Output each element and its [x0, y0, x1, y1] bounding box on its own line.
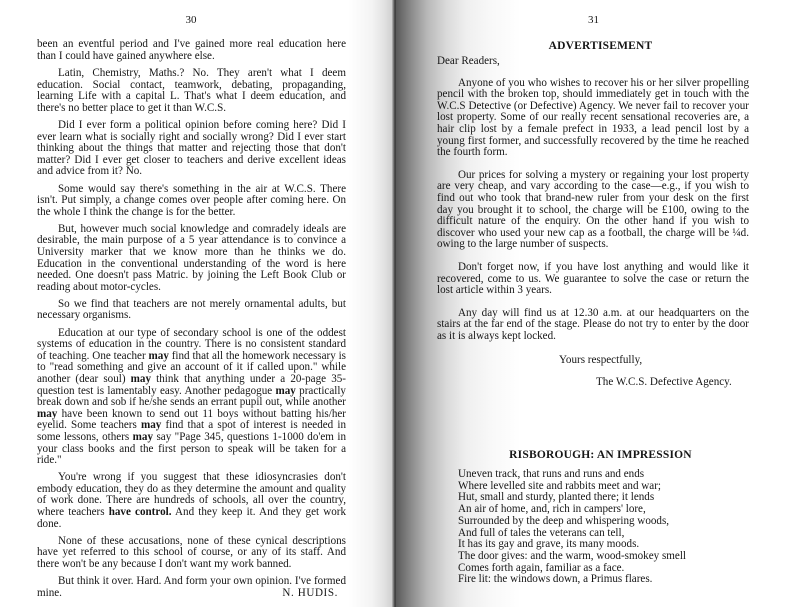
essay-paragraph: You're wrong if you suggest that these i… [37, 472, 346, 530]
essay-paragraph: Did I ever form a political opinion befo… [37, 120, 346, 178]
emphasis: may [131, 373, 151, 385]
author-signature: N. HUDIS. [261, 588, 338, 600]
signature: The W.C.S. Defective Agency. [437, 377, 749, 389]
essay-paragraph: Education at our type of secondary schoo… [37, 328, 346, 467]
ad-paragraph-1: Anyone of you who wishes to recover his … [437, 78, 749, 159]
poem-body: Uneven track, that runs and runs and end… [458, 469, 686, 586]
emphasis: have control. [109, 506, 172, 518]
left-page: 30 been an eventful period and I've gain… [0, 0, 396, 607]
advertisement-heading: ADVERTISEMENT [396, 40, 787, 52]
essay-body: been an eventful period and I've gained … [37, 39, 346, 599]
salutation: Dear Readers, [437, 56, 749, 68]
emphasis: may [276, 385, 296, 397]
book-spread: 30 been an eventful period and I've gain… [0, 0, 787, 607]
poem-title: RISBOROUGH: AN IMPRESSION [396, 449, 787, 461]
essay-paragraph: But, however much social knowledge and c… [37, 224, 346, 294]
ad-paragraph-2: Our prices for solving a mystery or rega… [437, 170, 749, 251]
poem-line: Surrounded by the deep and whispering wo… [458, 516, 686, 528]
poem-line: Fire lit: the windows down, a Primus fla… [458, 574, 686, 586]
essay-paragraph: Some would say there's something in the … [37, 184, 346, 219]
poem-line: The door gives: and the warm, wood-smoke… [458, 551, 686, 563]
emphasis: may [37, 408, 57, 420]
essay-paragraph: been an eventful period and I've gained … [37, 39, 346, 62]
page-number-right: 31 [396, 14, 787, 26]
essay-paragraph: None of these accusations, none of these… [37, 536, 346, 571]
ad-paragraph-4: Any day will find us at 12.30 a.m. at ou… [437, 308, 749, 343]
right-page: 31 ADVERTISEMENT Dear Readers, Anyone of… [396, 0, 787, 607]
poem-line: Uneven track, that runs and runs and end… [458, 469, 686, 481]
emphasis: may [141, 419, 161, 431]
essay-paragraph: But think it over. Hard. And form your o… [37, 576, 346, 599]
advertisement-body: Dear Readers, Anyone of you who wishes t… [437, 56, 749, 389]
essay-paragraph: So we find that teachers are not merely … [37, 299, 346, 322]
emphasis: may [149, 350, 169, 362]
emphasis: may [133, 431, 153, 443]
page-number-left: 30 [0, 14, 396, 26]
closing: Yours respectfully, [437, 355, 749, 367]
ad-paragraph-3: Don't forget now, if you have lost anyth… [437, 262, 749, 297]
essay-paragraph: Latin, Chemistry, Maths.? No. They aren'… [37, 68, 346, 114]
